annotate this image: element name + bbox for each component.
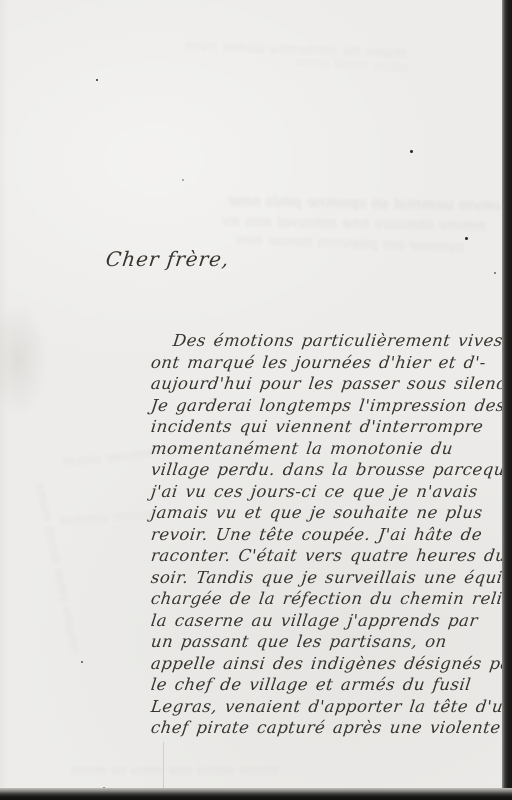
letter-line: raconter. C'était vers quatre heures du bbox=[150, 545, 509, 567]
scan-edge-bottom bbox=[0, 788, 512, 800]
ink-speck bbox=[410, 150, 413, 153]
letter-line: revoir. Une tête coupée. J'ai hâte de bbox=[150, 524, 509, 546]
ink-speck bbox=[494, 272, 496, 274]
bleedthrough-mark: nvmme sm pnevnm mmse nnv bbox=[235, 230, 465, 256]
letter-line: un passant que les partisans, on bbox=[150, 631, 509, 653]
letter-line: Legras, venaient d'apporter la tête d'un bbox=[150, 696, 509, 718]
letter-line: ont marqué les journées d'hier et d'- bbox=[150, 352, 509, 374]
letter-line: Je garderai longtemps l'impression des bbox=[150, 395, 509, 417]
ink-speck bbox=[96, 79, 98, 81]
bleedthrough-mark: onvm uammst sn spnmne pmls nme bbox=[228, 192, 500, 215]
letter-line: j'ai vu ces jours-ci ce que je n'avais bbox=[150, 481, 509, 503]
letter-line: appelle ainsi des indigènes désignés par bbox=[150, 653, 509, 675]
letter-line: Des émotions particulièrement vives bbox=[150, 330, 509, 352]
paper-crease bbox=[163, 742, 164, 790]
scan-edge-right bbox=[502, 0, 512, 800]
letter-page: mune nv immensv uume nvm nnue muw vmm on… bbox=[0, 0, 512, 800]
bleedthrough-mark: nnue muw vmm bbox=[295, 54, 409, 76]
letter-body: Des émotions particulièrement vives ont … bbox=[151, 330, 507, 739]
letter-line: momentanément la monotonie du bbox=[150, 438, 509, 460]
bleedthrough-mark: mmnv snmis nne mmu nv mnnv bbox=[70, 763, 279, 778]
letter-line: chargée de la réfection du chemin relian… bbox=[150, 588, 509, 610]
letter-line: le chef de village et armés du fusil bbox=[150, 674, 509, 696]
letter-line: village perdu. dans la brousse parceque bbox=[150, 459, 509, 481]
bleedthrough-mark: nnumv vmm nnvm mune bbox=[31, 481, 83, 655]
letter-line: la caserne au village j'apprends par bbox=[150, 610, 509, 632]
letter-line: aujourd'hui pour les passer sous silence… bbox=[150, 373, 509, 395]
bleedthrough-mark: mmnv snmissv nne mmuval sim nv bbox=[222, 212, 486, 235]
letter-line: chef pirate capturé après une violente bbox=[150, 717, 509, 739]
salutation: Cher frère, bbox=[105, 247, 231, 271]
ink-speck bbox=[465, 237, 468, 240]
bleedthrough-mark: nnum vmmse bbox=[58, 507, 154, 530]
paper-smudge bbox=[0, 300, 48, 420]
letter-line: soir. Tandis que je surveillais une équi… bbox=[150, 567, 509, 589]
ink-speck bbox=[182, 179, 184, 181]
letter-line: jamais vu et que je souhaite ne plus bbox=[150, 502, 509, 524]
letter-line: incidents qui viennent d'interrompre bbox=[150, 416, 509, 438]
ink-speck bbox=[81, 661, 83, 663]
bleedthrough-mark: mune nv immensv uume nvm bbox=[185, 36, 408, 62]
